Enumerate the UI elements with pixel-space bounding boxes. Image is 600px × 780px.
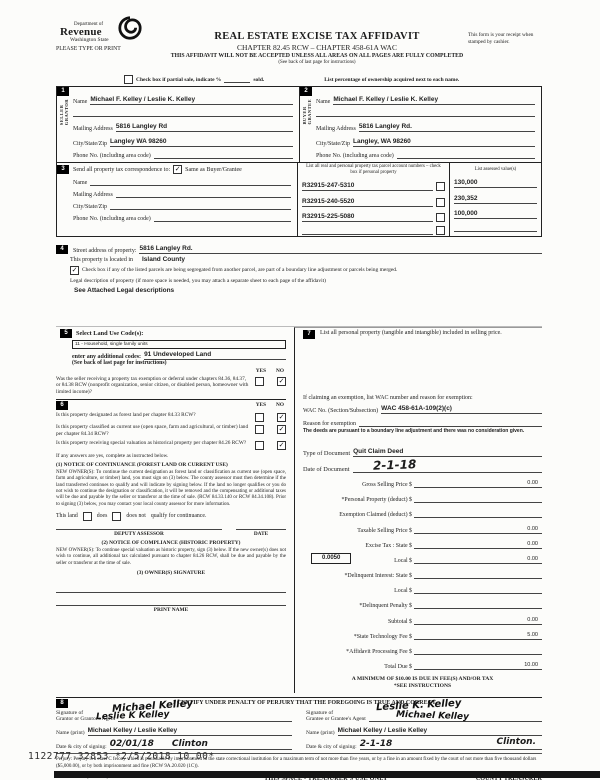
current-use-no-checkbox[interactable]: ✓ bbox=[277, 425, 286, 434]
forest-no-checkbox[interactable]: ✓ bbox=[277, 413, 286, 422]
no-header: NO bbox=[276, 368, 284, 374]
assessed-header: List assessed value(s) bbox=[454, 167, 537, 173]
exemption-question: Was the seller receiving a property tax … bbox=[56, 376, 251, 396]
section-5-badge: 5 bbox=[60, 329, 72, 338]
grantor-date-label: Date & city of signing: bbox=[56, 744, 107, 750]
reason-label: Reason for exemption bbox=[303, 421, 356, 427]
continuance-row: This land does does not qualify for cont… bbox=[56, 512, 286, 521]
assessed-field-4[interactable] bbox=[454, 223, 537, 232]
this-land-label: This land bbox=[56, 513, 78, 519]
seller-name-label: Name bbox=[73, 99, 87, 105]
doc-date-field[interactable]: 2-1-18 bbox=[353, 461, 542, 473]
fee-field-delinq-int-local[interactable] bbox=[414, 582, 542, 594]
does-label: does bbox=[97, 513, 108, 519]
partial-sale-row: Check box if partial sale, indicate % so… bbox=[124, 75, 542, 84]
buyer-name-label: Name bbox=[316, 99, 330, 105]
parcel-header: List all real and personal property tax … bbox=[302, 164, 445, 176]
fee-row-delinq-int-state: *Delinquent Interest: State $ bbox=[303, 567, 542, 579]
parcel-personal-checkbox-3[interactable] bbox=[436, 213, 445, 222]
correspondence-label: Send all property tax correspondence to: bbox=[73, 167, 170, 173]
land-use-section: 5 Select Land Use Code(s): 11 - Househol… bbox=[56, 327, 294, 693]
buyer-mailing-label: Mailing Address bbox=[316, 126, 356, 132]
fee-row-delinq-penalty: *Delinquent Penalty $ bbox=[303, 597, 542, 609]
fee-row-tech-fee: *State Technology Fee $5.00 bbox=[303, 628, 542, 640]
exemption-question-row: Was the seller receiving a property tax … bbox=[56, 376, 286, 396]
grantee-signature-block: Leslie K. Kelley Michael Kelley Signatur… bbox=[306, 708, 542, 751]
corr-city-label: City/State/Zip bbox=[73, 204, 107, 210]
fee-row-subtotal: Subtotal $0.00 bbox=[303, 613, 542, 625]
seller-section: 1 SELLERGRANTOR NameMichael F. Kelley / … bbox=[57, 87, 299, 162]
fee-row-delinq-int-local: Local $ bbox=[303, 582, 542, 594]
form-chapter: CHAPTER 82.45 RCW – CHAPTER 458-61A WAC bbox=[166, 43, 468, 52]
buyer-section: 2 BUYERGRANTEE NameMichael F. Kelley / L… bbox=[299, 87, 541, 162]
deputy-date-line[interactable]: DATE bbox=[236, 529, 286, 537]
section-1-badge: 1 bbox=[57, 87, 69, 96]
notice1-title: (1) NOTICE OF CONTINUANCE (FOREST LAND O… bbox=[56, 462, 286, 468]
grantee-sig-label: Signature ofGrantee or Grantee's Agent bbox=[306, 710, 366, 723]
doc-date-handwriting: 2-1-18 bbox=[372, 460, 416, 471]
corr-name-label: Name bbox=[73, 180, 87, 186]
property-location-section: 4 Street address of property: 5816 Langl… bbox=[56, 237, 542, 327]
local-rate-box[interactable]: 0.0050 bbox=[311, 553, 351, 564]
personal-property-field[interactable] bbox=[303, 339, 542, 395]
additional-codes-label: enter any additional codes: bbox=[72, 354, 141, 360]
corr-mailing-label: Mailing Address bbox=[73, 192, 113, 198]
form-header: Department of Revenue Washington State P… bbox=[56, 14, 542, 74]
current-use-yes-checkbox[interactable] bbox=[255, 425, 264, 434]
additional-codes-field[interactable]: 91 Undeveloped Land bbox=[144, 351, 286, 360]
deputy-assessor-line[interactable]: DEPUTY ASSESSOR bbox=[56, 529, 222, 537]
corr-phone-label: Phone No. (including area code) bbox=[73, 216, 151, 222]
buyer-name-field-2[interactable] bbox=[316, 108, 535, 117]
fee-field-delinq-int-state[interactable] bbox=[414, 567, 542, 579]
logo-state-text: Washington State bbox=[70, 38, 109, 44]
parcel-personal-checkbox-1[interactable] bbox=[436, 182, 445, 191]
yes-header: YES bbox=[256, 368, 266, 374]
forest-question-row: Is this property designated as forest la… bbox=[56, 412, 286, 422]
land-use-label: Select Land Use Code(s): bbox=[76, 330, 143, 337]
reason-value: The deeds are pursuant to a boundary lin… bbox=[303, 428, 542, 434]
see-back-note-2: (See back of last page for instructions) bbox=[72, 360, 286, 366]
section-6-badge: 6 bbox=[56, 401, 68, 410]
seller-city-field[interactable]: Langley WA 98260 bbox=[110, 135, 293, 147]
fee-field-personal[interactable] bbox=[414, 491, 542, 503]
segregated-checkbox[interactable]: ✓ bbox=[70, 266, 79, 275]
fee-field-delinq-penalty[interactable] bbox=[414, 597, 542, 609]
parcel-field-4[interactable] bbox=[302, 226, 433, 235]
fee-row-excise-local: 0.0050Local $0.00 bbox=[303, 552, 542, 564]
notice1-body: NEW OWNER(S): To continue the current de… bbox=[56, 470, 286, 508]
scan-artifact-bar bbox=[54, 771, 600, 778]
parcel-row bbox=[302, 226, 445, 235]
current-use-question-row: Is this property classified as current u… bbox=[56, 424, 286, 437]
buyer-mailing-field[interactable]: 5816 Langley Rd. bbox=[359, 120, 535, 132]
see-back-note: (See back of last page for instructions) bbox=[166, 60, 468, 66]
street-address-label: Street address of property: bbox=[73, 248, 136, 254]
minimum-fee-note: A MINIMUM OF $10.00 IS DUE IN FEE(S) AND… bbox=[303, 676, 542, 683]
qualify-label: qualify for continuance. bbox=[151, 513, 207, 519]
parcel-row: R32915-240-5520 bbox=[302, 195, 445, 207]
section-8-badge: 8 bbox=[56, 699, 68, 708]
assessed-field-2[interactable]: 230,352 bbox=[454, 192, 537, 204]
parties-box: 1 SELLERGRANTOR NameMichael F. Kelley / … bbox=[56, 86, 542, 237]
does-not-label: does not bbox=[126, 513, 145, 519]
assessed-value-column: List assessed value(s) 130,000 230,352 1… bbox=[449, 163, 541, 236]
legal-description-label: Legal description of property (if more s… bbox=[70, 278, 542, 284]
personal-property-label: List all personal property (tangible and… bbox=[320, 330, 542, 338]
corr-city-field[interactable] bbox=[110, 201, 291, 210]
grantee-name-print-field[interactable]: Michael Kelley / Leslie Kelley bbox=[338, 724, 542, 736]
receipt-note: This form is your receipt when stamped b… bbox=[468, 14, 542, 74]
form-title: REAL ESTATE EXCISE TAX AFFIDAVIT bbox=[166, 30, 468, 43]
fee-row-taxable: Taxable Selling Price $0.00 bbox=[303, 522, 542, 534]
historic-question-row: Is this property receiving special valua… bbox=[56, 440, 286, 450]
doc-date-label: Date of Document bbox=[303, 466, 350, 473]
same-as-buyer-checkbox[interactable]: ✓ bbox=[173, 165, 182, 174]
cashier-stamp: 1122777 32853 *2/5/2018 10.00* bbox=[28, 751, 215, 762]
fee-row-processing-fee: *Affidavit Processing Fee $ bbox=[303, 643, 542, 655]
partial-sale-checkbox[interactable] bbox=[124, 75, 133, 84]
buyer-phone-field[interactable] bbox=[397, 150, 535, 159]
notice2-body: NEW OWNER(S): To continue special valuat… bbox=[56, 548, 286, 567]
does-not-checkbox[interactable] bbox=[112, 512, 121, 521]
parcel-row: R32915-247-5310 bbox=[302, 179, 445, 191]
partial-sale-percent-field[interactable] bbox=[224, 76, 250, 83]
wac-field[interactable]: WAC 458-61A-109(2)(c) bbox=[381, 405, 542, 414]
fee-row-excise-state: Excise Tax : State $0.00 bbox=[303, 537, 542, 549]
parcel-personal-checkbox-4[interactable] bbox=[436, 226, 445, 235]
historic-yes-checkbox[interactable] bbox=[255, 441, 264, 450]
exemption-claim-label: If claiming an exemption, list WAC numbe… bbox=[303, 395, 542, 401]
historic-question: Is this property receiving special valua… bbox=[56, 440, 251, 447]
certify-section: 8 I CERTIFY UNDER PENALTY OF PERJURY THA… bbox=[56, 697, 542, 755]
county-value: Island County bbox=[142, 256, 185, 263]
buyer-city-field[interactable]: Langley, WA 98260 bbox=[353, 135, 535, 147]
grantee-city-handwriting: Clinton. bbox=[497, 738, 537, 746]
partial-sale-label: Check box if partial sale, indicate % bbox=[136, 77, 221, 83]
fee-field-tech-fee[interactable]: 5.00 bbox=[414, 628, 542, 640]
fee-field-processing-fee[interactable] bbox=[414, 643, 542, 655]
parcel-field-2[interactable]: R32915-240-5520 bbox=[302, 195, 433, 207]
grantee-date-handwriting: 2-1-18 bbox=[360, 739, 393, 749]
buyer-name-field[interactable]: Michael F. Kelley / Leslie K. Kelley bbox=[333, 93, 535, 105]
reason-field[interactable] bbox=[359, 418, 542, 427]
please-type-label: PLEASE TYPE OR PRINT bbox=[56, 46, 121, 52]
fee-row-total-due: Total Due $10.00 bbox=[303, 658, 542, 670]
section-3-badge: 3 bbox=[57, 165, 69, 174]
seller-mailing-label: Mailing Address bbox=[73, 126, 113, 132]
located-in-label: This property is located in bbox=[70, 257, 133, 263]
corr-name-field[interactable] bbox=[90, 177, 291, 186]
fee-field-total-due[interactable]: 10.00 bbox=[414, 658, 542, 670]
section-4-badge: 4 bbox=[56, 245, 68, 254]
if-yes-note: If any answers are yes, complete as inst… bbox=[56, 453, 286, 460]
seller-name-field-2[interactable] bbox=[73, 108, 293, 117]
correspondence-section: 3 Send all property tax correspondence t… bbox=[57, 163, 297, 236]
current-use-question: Is this property classified as current u… bbox=[56, 424, 251, 437]
corr-phone-field[interactable] bbox=[154, 213, 291, 222]
street-address-field[interactable]: 5816 Langley Rd. bbox=[139, 242, 542, 254]
fee-row-exemption: Exemption Claimed (deduct) $ bbox=[303, 506, 542, 518]
parcel-personal-checkbox-2[interactable] bbox=[436, 198, 445, 207]
classification-section: 6 YESNO Is this property designated as f… bbox=[56, 399, 286, 613]
scanned-affidavit-page: Department of Revenue Washington State P… bbox=[0, 0, 600, 780]
parcel-field-1[interactable]: R32915-247-5310 bbox=[302, 179, 433, 191]
grantee-name-print-label: Name (print) bbox=[306, 730, 335, 736]
revenue-swirl-icon bbox=[118, 16, 142, 45]
owners-signature-line[interactable] bbox=[56, 582, 286, 593]
notice2-title: (2) NOTICE OF COMPLIANCE (HISTORIC PROPE… bbox=[56, 540, 286, 546]
land-use-select[interactable]: 11 - Household, single family units bbox=[72, 340, 286, 349]
exemption-yes-checkbox[interactable] bbox=[255, 377, 264, 386]
seller-phone-field[interactable] bbox=[154, 150, 293, 159]
doc-type-label: Type of Document bbox=[303, 450, 350, 457]
assessed-field-3[interactable]: 100,000 bbox=[454, 207, 537, 219]
see-instructions-note: *SEE INSTRUCTIONS bbox=[303, 683, 542, 690]
grantor-city-handwriting: Clinton bbox=[172, 739, 208, 749]
fee-field-excise-local[interactable]: 0.00 bbox=[414, 552, 542, 564]
owners-signature-title: (3) OWNER(S) SIGNATURE bbox=[56, 570, 286, 576]
exemption-no-checkbox[interactable]: ✓ bbox=[277, 377, 286, 386]
seller-city-label: City/State/Zip bbox=[73, 141, 107, 147]
does-checkbox[interactable] bbox=[83, 512, 92, 521]
legal-description-value: See Attached Legal descriptions bbox=[74, 287, 542, 294]
historic-no-checkbox[interactable]: ✓ bbox=[277, 441, 286, 450]
fee-field-subtotal[interactable]: 0.00 bbox=[414, 613, 542, 625]
forest-question: Is this property designated as forest la… bbox=[56, 412, 251, 419]
grantee-date-field[interactable]: 2-1-18 Clinton. bbox=[360, 738, 542, 750]
tax-computation-section: 7 List all personal property (tangible a… bbox=[294, 327, 542, 693]
grantor-date-field[interactable]: 02/01/18 Clinton bbox=[110, 738, 292, 750]
ownership-note: List percentage of ownership acquired ne… bbox=[324, 77, 459, 83]
grantor-signature-block: Michael Kelley Leslie K Kelley Signature… bbox=[56, 708, 292, 751]
grantee-date-label: Date & city of signing: bbox=[306, 744, 357, 750]
grantor-name-print-label: Name (print) bbox=[56, 730, 85, 736]
parcel-field-3[interactable]: R32915-225-5080 bbox=[302, 210, 433, 222]
fee-row-gross: Gross Selling Price $0.00 bbox=[303, 476, 542, 488]
corr-mailing-field[interactable] bbox=[116, 189, 291, 198]
parcel-row: R32915-225-5080 bbox=[302, 210, 445, 222]
assessed-field-1[interactable]: 130,000 bbox=[454, 176, 537, 188]
dor-logo: Department of Revenue Washington State P… bbox=[56, 14, 166, 74]
wac-label: WAC No. (Section/Subsection) bbox=[303, 408, 378, 414]
fee-row-personal: *Personal Property (deduct) $ bbox=[303, 491, 542, 503]
seller-phone-label: Phone No. (including area code) bbox=[73, 153, 151, 159]
form-warning: THIS AFFIDAVIT WILL NOT BE ACCEPTED UNLE… bbox=[166, 53, 468, 60]
sold-label: sold. bbox=[253, 77, 264, 83]
grantee-signature-handwriting-2: Michael Kelley bbox=[396, 709, 469, 722]
grantor-date-handwriting: 02/01/18 bbox=[110, 739, 154, 749]
section-2-badge: 2 bbox=[300, 87, 312, 96]
grantor-name-print-field[interactable]: Michael Kelley / Leslie Kelley bbox=[88, 724, 292, 736]
section-7-badge: 7 bbox=[303, 330, 315, 339]
seller-name-field[interactable]: Michael F. Kelley / Leslie K. Kelley bbox=[90, 93, 293, 105]
fee-field-exemption[interactable] bbox=[414, 506, 542, 518]
same-as-buyer-label: Same as Buyer/Grantee bbox=[185, 167, 242, 173]
parcel-column: List all real and personal property tax … bbox=[297, 163, 449, 236]
doc-type-field[interactable]: Quit Claim Deed bbox=[353, 448, 542, 457]
buyer-phone-label: Phone No. (including area code) bbox=[316, 153, 394, 159]
fee-field-gross[interactable]: 0.00 bbox=[414, 476, 542, 488]
buyer-city-label: City/State/Zip bbox=[316, 141, 350, 147]
segregated-note: Check box if any of the listed parcels a… bbox=[82, 267, 397, 273]
print-name-line: PRINT NAME bbox=[56, 605, 286, 613]
forest-yes-checkbox[interactable] bbox=[255, 413, 264, 422]
fee-field-excise-state[interactable]: 0.00 bbox=[414, 537, 542, 549]
fee-field-taxable[interactable]: 0.00 bbox=[414, 522, 542, 534]
seller-mailing-field[interactable]: 5816 Langley Rd bbox=[116, 120, 293, 132]
